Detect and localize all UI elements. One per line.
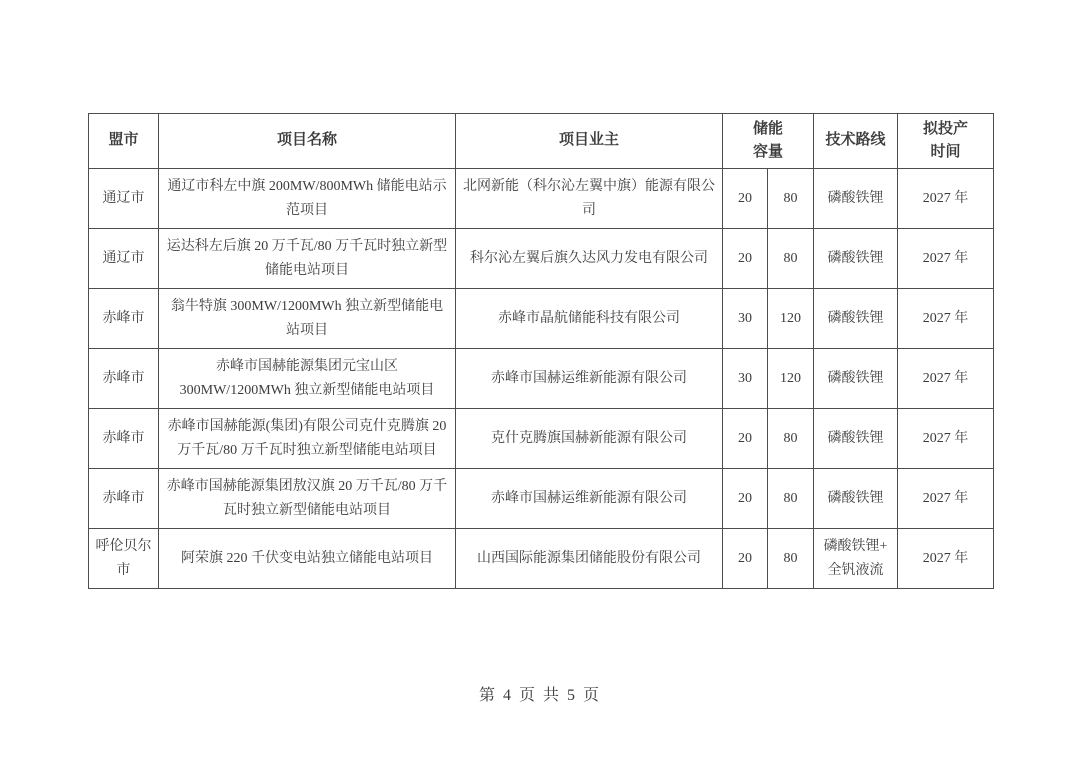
cell-planned-time: 2027 年: [898, 229, 994, 289]
cell-capacity-energy: 80: [768, 169, 814, 229]
cell-tech-route: 磷酸铁锂+ 全钒液流: [814, 529, 898, 589]
cell-planned-time: 2027 年: [898, 349, 994, 409]
cell-project-name: 赤峰市国赫能源集团敖汉旗 20 万千瓦/80 万千 瓦时独立新型储能电站项目: [159, 469, 456, 529]
cell-planned-time: 2027 年: [898, 409, 994, 469]
cell-project-owner: 赤峰市国赫运维新能源有限公司: [456, 349, 723, 409]
cell-city: 通辽市: [89, 169, 159, 229]
cell-city: 赤峰市: [89, 349, 159, 409]
header-project-owner: 项目业主: [456, 114, 723, 169]
cell-project-owner: 赤峰市国赫运维新能源有限公司: [456, 469, 723, 529]
cell-project-name: 通辽市科左中旗 200MW/800MWh 储能电站示 范项目: [159, 169, 456, 229]
cell-capacity-power: 20: [723, 409, 768, 469]
cell-project-owner: 克什克腾旗国赫新能源有限公司: [456, 409, 723, 469]
cell-project-owner: 赤峰市晶航储能科技有限公司: [456, 289, 723, 349]
table-row: 通辽市 通辽市科左中旗 200MW/800MWh 储能电站示 范项目 北网新能（…: [89, 169, 994, 229]
table-row: 赤峰市 翁牛特旗 300MW/1200MWh 独立新型储能电 站项目 赤峰市晶航…: [89, 289, 994, 349]
cell-planned-time: 2027 年: [898, 289, 994, 349]
cell-project-name: 运达科左后旗 20 万千瓦/80 万千瓦时独立新型 储能电站项目: [159, 229, 456, 289]
cell-capacity-power: 20: [723, 469, 768, 529]
cell-tech-route: 磷酸铁锂: [814, 469, 898, 529]
cell-capacity-power: 20: [723, 529, 768, 589]
cell-capacity-power: 30: [723, 289, 768, 349]
cell-capacity-energy: 120: [768, 349, 814, 409]
cell-city: 呼伦贝尔 市: [89, 529, 159, 589]
cell-capacity-energy: 80: [768, 529, 814, 589]
cell-city: 赤峰市: [89, 409, 159, 469]
cell-project-owner: 科尔沁左翼后旗久达风力发电有限公司: [456, 229, 723, 289]
cell-tech-route: 磷酸铁锂: [814, 289, 898, 349]
cell-project-name: 翁牛特旗 300MW/1200MWh 独立新型储能电 站项目: [159, 289, 456, 349]
cell-project-owner: 北网新能（科尔沁左翼中旗）能源有限公 司: [456, 169, 723, 229]
cell-capacity-power: 30: [723, 349, 768, 409]
header-storage-capacity: 储能 容量: [723, 114, 814, 169]
cell-capacity-power: 20: [723, 229, 768, 289]
table-row: 赤峰市 赤峰市国赫能源(集团)有限公司克什克腾旗 20 万千瓦/80 万千瓦时独…: [89, 409, 994, 469]
cell-project-owner: 山西国际能源集团储能股份有限公司: [456, 529, 723, 589]
cell-tech-route: 磷酸铁锂: [814, 169, 898, 229]
cell-project-name: 阿荣旗 220 千伏变电站独立储能电站项目: [159, 529, 456, 589]
cell-capacity-energy: 80: [768, 469, 814, 529]
header-project-name: 项目名称: [159, 114, 456, 169]
cell-city: 赤峰市: [89, 289, 159, 349]
header-tech-route: 技术路线: [814, 114, 898, 169]
page-footer: 第 4 页 共 5 页: [0, 682, 1080, 705]
header-city: 盟市: [89, 114, 159, 169]
cell-tech-route: 磷酸铁锂: [814, 349, 898, 409]
cell-capacity-power: 20: [723, 169, 768, 229]
cell-capacity-energy: 120: [768, 289, 814, 349]
table-row: 赤峰市 赤峰市国赫能源集团敖汉旗 20 万千瓦/80 万千 瓦时独立新型储能电站…: [89, 469, 994, 529]
cell-tech-route: 磷酸铁锂: [814, 229, 898, 289]
table-row: 赤峰市 赤峰市国赫能源集团元宝山区 300MW/1200MWh 独立新型储能电站…: [89, 349, 994, 409]
cell-project-name: 赤峰市国赫能源(集团)有限公司克什克腾旗 20 万千瓦/80 万千瓦时独立新型储…: [159, 409, 456, 469]
cell-capacity-energy: 80: [768, 409, 814, 469]
cell-planned-time: 2027 年: [898, 529, 994, 589]
document-page: 盟市 项目名称 项目业主 储能 容量 技术路线 拟投产 时间 通辽市 通辽市科左…: [0, 0, 1080, 764]
table-header-row: 盟市 项目名称 项目业主 储能 容量 技术路线 拟投产 时间: [89, 114, 994, 169]
cell-city: 通辽市: [89, 229, 159, 289]
cell-capacity-energy: 80: [768, 229, 814, 289]
cell-project-name: 赤峰市国赫能源集团元宝山区 300MW/1200MWh 独立新型储能电站项目: [159, 349, 456, 409]
cell-tech-route: 磷酸铁锂: [814, 409, 898, 469]
cell-planned-time: 2027 年: [898, 169, 994, 229]
table-row: 呼伦贝尔 市 阿荣旗 220 千伏变电站独立储能电站项目 山西国际能源集团储能股…: [89, 529, 994, 589]
projects-table: 盟市 项目名称 项目业主 储能 容量 技术路线 拟投产 时间 通辽市 通辽市科左…: [88, 113, 994, 589]
table-row: 通辽市 运达科左后旗 20 万千瓦/80 万千瓦时独立新型 储能电站项目 科尔沁…: [89, 229, 994, 289]
cell-planned-time: 2027 年: [898, 469, 994, 529]
header-planned-time: 拟投产 时间: [898, 114, 994, 169]
cell-city: 赤峰市: [89, 469, 159, 529]
